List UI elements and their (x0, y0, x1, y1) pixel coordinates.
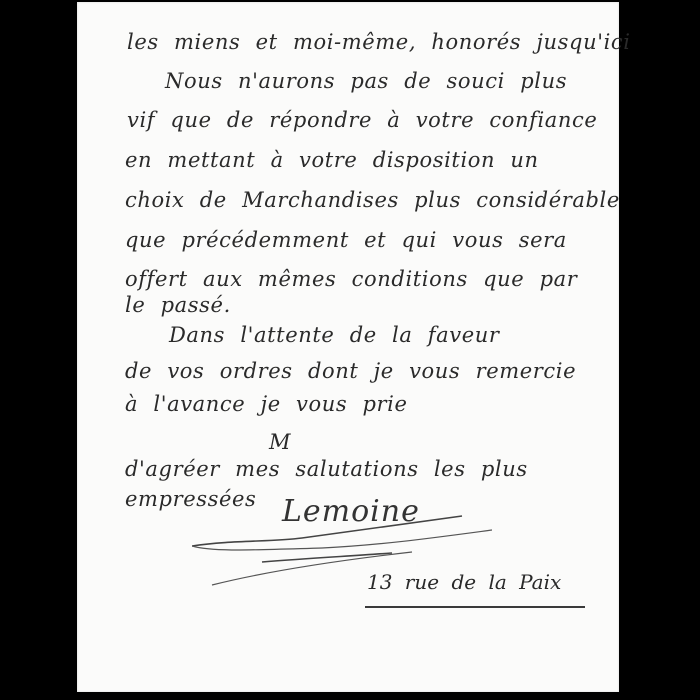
letter-line: Nous n'aurons pas de souci plus (165, 69, 567, 93)
letter-line: offert aux mêmes conditions que par (125, 267, 577, 291)
letter-line: le passé. (125, 293, 231, 317)
letter-line: à l'avance je vous prie (125, 392, 408, 416)
letter-line: de vos ordres dont je vous remercie (125, 359, 576, 383)
letter-line: que précédemment et qui vous sera (125, 228, 567, 252)
letter-line: Dans l'attente de la faveur (169, 323, 500, 347)
letter-line: les miens et moi-même, honorés jusqu'ici (127, 30, 631, 54)
letter-line: choix de Marchandises plus considérable (125, 188, 620, 212)
letter-line: en mettant à votre disposition un (125, 148, 539, 172)
address: 13 rue de la Paix (367, 570, 561, 594)
address-underline (365, 606, 585, 608)
letter-line: vif que de répondre à votre confiance (127, 108, 597, 132)
letter-page: les miens et moi-même, honorés jusqu'ici… (77, 2, 619, 692)
letter-line: d'agréer mes salutations les plus (125, 457, 528, 481)
letter-line: M (269, 430, 291, 454)
